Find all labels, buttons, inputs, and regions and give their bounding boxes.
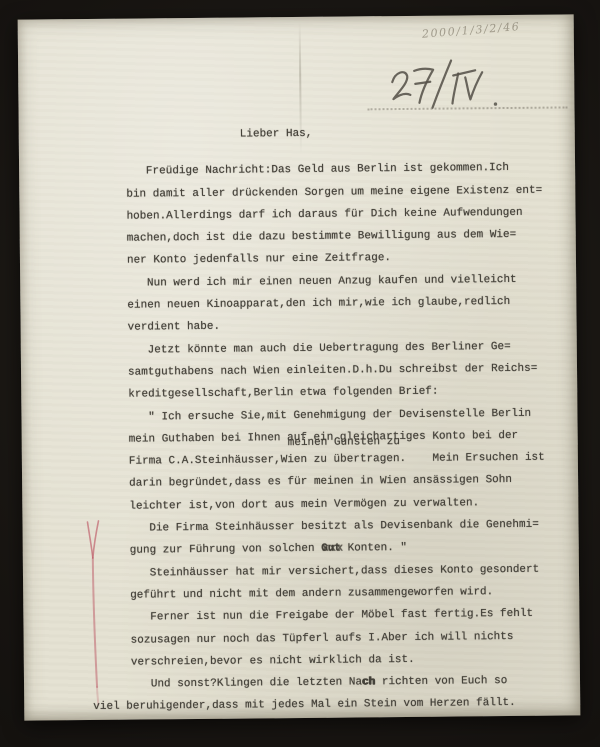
- handwritten-date-icon: 27/IV.: [392, 60, 497, 108]
- line-text: richten von Euch so: [375, 675, 507, 688]
- letter-line: einen neuen Kinoapparat,den ich mir,wie …: [127, 291, 564, 317]
- letter-line: darin begründet,dass es für meinen in Wi…: [129, 469, 566, 495]
- photo-background: { "scene": { "background_color": "#17141…: [0, 0, 600, 747]
- letter-line: Die Firma Steinhäusser besitzt als Devis…: [129, 513, 566, 539]
- letter-line: Steinhäusser hat mir versichert,dass die…: [130, 558, 567, 584]
- line-text: Und sonst?Klingen die letzten Na: [131, 677, 362, 691]
- overtyped-letters: ch: [362, 676, 375, 688]
- letter-line: viel beruhigender,dass mit jedes Mal ein…: [93, 692, 568, 719]
- letter-body: Lieber Has, Freüdige Nachricht:Das Geld …: [88, 120, 569, 718]
- letter-line: samtguthabens nach Wien einleiten.D.h.Du…: [128, 357, 565, 383]
- letter-line: sozusagen nur noch das Tüpferl aufs I.Ab…: [131, 625, 568, 651]
- letter-page: 2000/1/3/2/46 27/IV. Lieber Has, Freüdig…: [18, 14, 581, 720]
- overstruck-word: Gut: [321, 538, 341, 560]
- line-text: Konten. ": [341, 542, 407, 555]
- salutation: Lieber Has,: [240, 120, 563, 145]
- interline-insertion: meinen Gunsten zu: [288, 436, 400, 449]
- line-text: gung zur Führung von solchen: [130, 543, 322, 557]
